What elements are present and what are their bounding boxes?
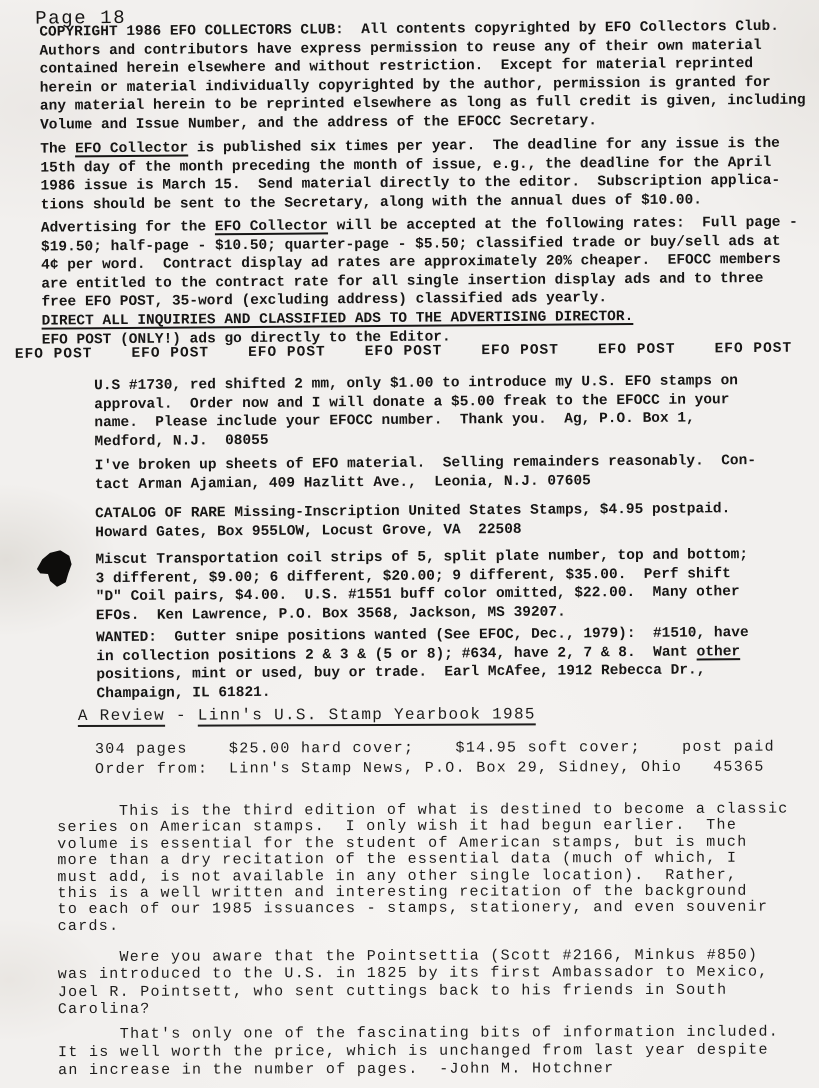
review-paragraph-2: Were you aware that the Pointsettia (Sco… — [58, 947, 769, 1019]
text-line: A Review - Linn's U.S. Stamp Yearbook 19… — [78, 704, 536, 726]
text-line: to each of our 1985 issuances - stamps, … — [57, 900, 788, 919]
text-line: 304 pages $25.00 hard cover; $14.95 soft… — [95, 738, 775, 760]
text-line: It is well worth the price, which is unc… — [58, 1042, 779, 1063]
text-line: Joel R. Pointsett, who sent cuttings bac… — [58, 981, 769, 1001]
review-section: A Review - Linn's U.S. Stamp Yearbook 19… — [0, 0, 819, 1088]
review-heading: A Review - Linn's U.S. Stamp Yearbook 19… — [78, 704, 536, 726]
review-paragraph-1: This is the third edition of what is des… — [57, 802, 789, 936]
text-line: cards. — [58, 916, 789, 935]
text-line: an increase in the number of pages. -Joh… — [58, 1060, 779, 1081]
text-line: Carolina? — [58, 998, 769, 1018]
review-ordering-info: 304 pages $25.00 hard cover; $14.95 soft… — [95, 738, 775, 780]
scanned-newsletter-page: Page 18 COPYRIGHT 1986 EFO COLLECTORS CL… — [0, 0, 819, 1088]
text-line: Order from: Linn's Stamp News, P.O. Box … — [95, 758, 775, 780]
review-paragraph-3: That's only one of the fascinating bits … — [58, 1024, 779, 1081]
